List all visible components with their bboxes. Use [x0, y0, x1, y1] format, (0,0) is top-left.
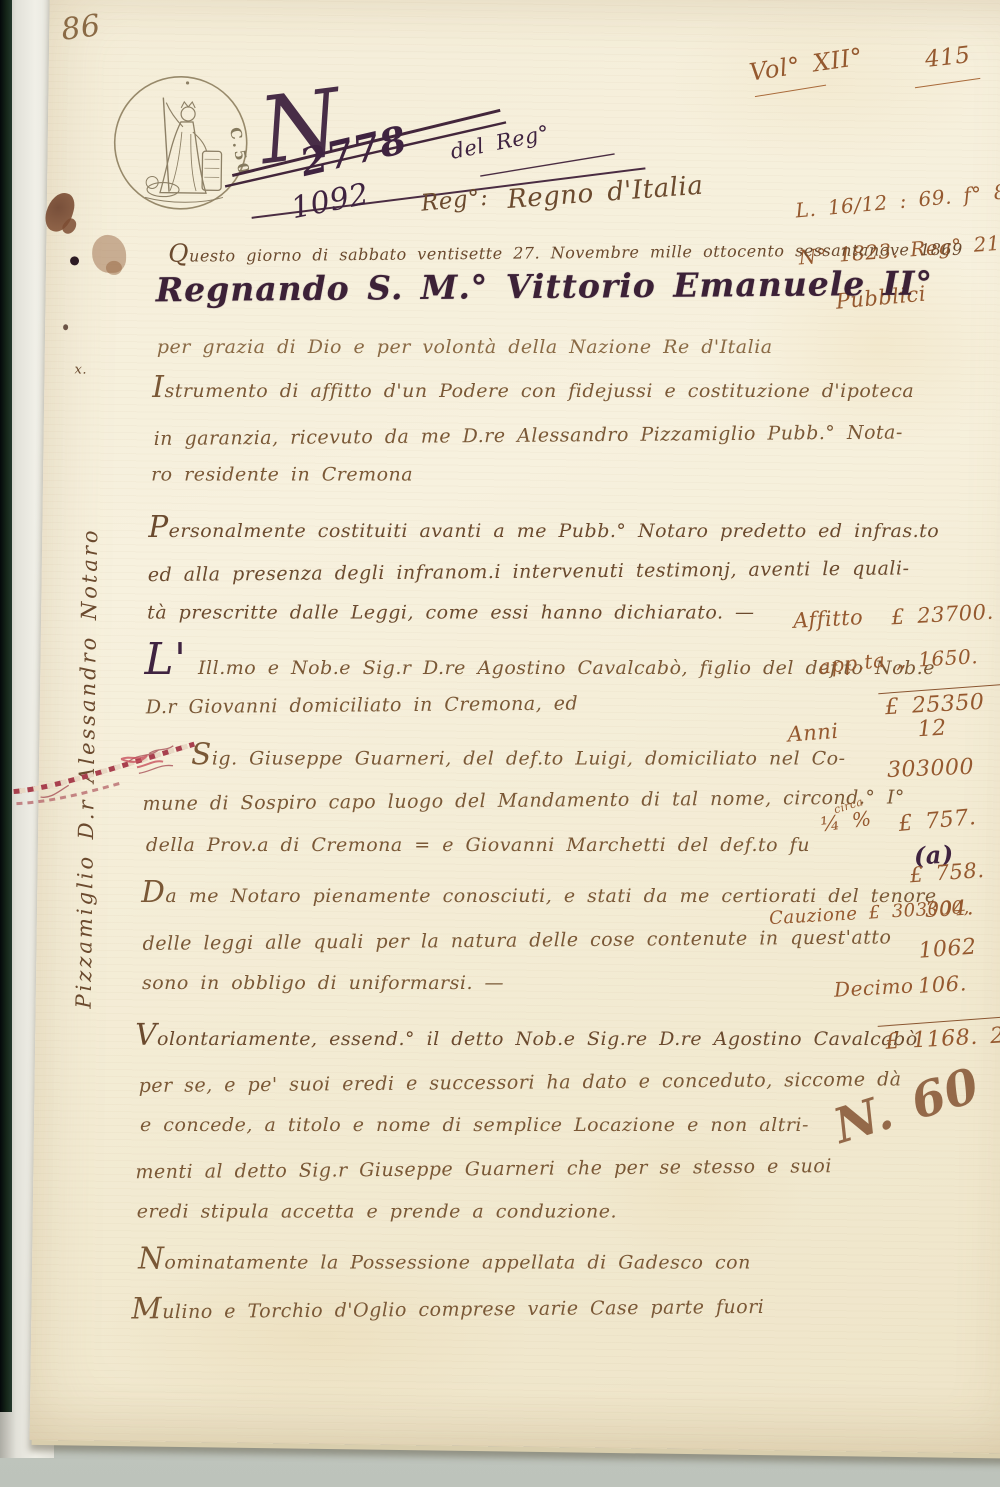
body-line: Mulino e Torchio d'Oglio comprese varie …	[131, 1293, 764, 1324]
body-line: Personalmente costituiti avanti a me Pub…	[148, 517, 939, 542]
page-number: 415	[924, 42, 972, 73]
ink-blot	[92, 235, 127, 273]
body-line: D.r Giovanni domiciliato in Cremona, ed	[146, 693, 578, 719]
body-line: Nominatamente la Possessione appellata d…	[138, 1249, 751, 1274]
account-tassa-value: £ 757.	[897, 805, 977, 837]
body-line: mune di Sospiro capo luogo del Mandament…	[142, 786, 905, 815]
page-number-underline	[915, 78, 980, 88]
body-line: sono in obbligo di uniformarsi. —	[142, 972, 504, 994]
document-page: 86 Vol° XII° 415 C.50 N	[30, 0, 1000, 1454]
body-line: ro residente in Cremona	[151, 463, 413, 485]
account-value3: 1062	[918, 935, 978, 964]
x-mark: x.	[74, 362, 87, 377]
ink-dot	[70, 256, 79, 265]
account-affitto-label: Affitto	[793, 605, 864, 633]
body-line: Istrumento di affitto d'un Podere con fi…	[152, 377, 914, 402]
registration-note-line1: L. 16/12 : 69. f° 85.	[794, 178, 1000, 223]
paper-stain	[667, 0, 989, 171]
account-anni-label: Anni	[787, 719, 840, 747]
volume-underline	[755, 85, 826, 97]
ink-speck	[63, 324, 68, 330]
body-line: della Prov.a di Cremona = e Giovanni Mar…	[146, 834, 810, 856]
folio-number: 86	[59, 8, 102, 48]
body-line: Sig. Giuseppe Guarneri, del def.to Luigi…	[191, 745, 845, 770]
account-decimo-label: Decimo	[833, 973, 914, 1001]
heading: Regnando S. M.° Vittorio Emanuele II°	[156, 264, 934, 310]
body-line: ed alla presenza degli infranom.i interv…	[148, 557, 910, 586]
body-line: menti al detto Sig.r Giuseppe Guarneri c…	[135, 1155, 832, 1183]
paper-stain	[582, 1116, 804, 1269]
account-total: 303000	[887, 755, 975, 783]
binding-cord	[8, 730, 219, 825]
body-line: e concede, a titolo e nome di semplice L…	[140, 1114, 809, 1136]
account-sum2: £ 1168. 2	[885, 1023, 1000, 1055]
paper-stain	[100, 1249, 532, 1425]
book-spine-edge	[0, 0, 12, 1412]
account-affitto-value: £ 23700.	[891, 600, 995, 630]
volume-label: Vol° XII°	[747, 43, 864, 87]
body-line: per grazia di Dio e per volontà della Na…	[157, 336, 773, 358]
body-line: eredi stipula accetta e prende a conduzi…	[137, 1201, 617, 1223]
account-decimo-value: 106.	[917, 971, 967, 998]
account-value2: £ 758.	[909, 858, 985, 887]
account-cauzione-value: 304.	[924, 895, 974, 922]
body-line: in garanzia, ricevuto da me D.re Alessan…	[154, 421, 903, 450]
body-line: L' Ill.mo e Nob.e Sig.r D.re Agostino Ca…	[144, 647, 934, 679]
body-line: per se, e pe' suoi eredi e successori ha…	[139, 1068, 902, 1097]
body-line: tà prescritte dalle Leggi, come essi han…	[147, 602, 754, 624]
ink-blot	[60, 216, 80, 236]
account-anni-value: 12	[917, 716, 947, 743]
account-tassa-label: ¼ %	[819, 806, 873, 836]
ink-blot	[106, 261, 122, 275]
body-line: Da me Notaro pienamente conosciuti, e st…	[141, 882, 936, 907]
scanned-document: { "colors":{"paper":"#f4edd8","ink_dark"…	[0, 0, 1000, 1487]
account-appendice-value: „ 1650.	[895, 644, 979, 673]
ink-blot	[42, 189, 78, 235]
body-line: Volontariamente, essend.° il detto Nob.e…	[135, 1025, 917, 1050]
body-line: delle leggi alle quali per la natura del…	[143, 926, 892, 955]
